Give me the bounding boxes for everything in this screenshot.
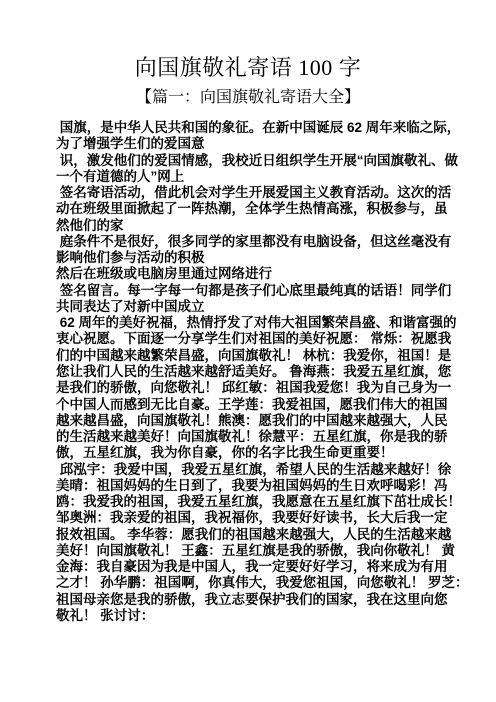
body-text-line: 签名寄语活动，借此机会对学生开展爱国主义教育活动。这次的活 xyxy=(56,185,468,201)
body-text-line: 越来越昌盛，向国旗敬礼！熊澳：愿我们的中国越来越强大，人民 xyxy=(56,413,468,429)
body-text-line: 动在班级里面掀起了一阵热潮，全体学生热情高涨，积极参与，虽 xyxy=(56,201,468,217)
body-text-line: 62 周年的美好祝福，热情抒发了对伟大祖国繁荣昌盛、和谐富强的 xyxy=(56,315,468,331)
body-text-line: 邱泓宇：我爱中国，我爱五星红旗，希望人民的生活越来越好！徐 xyxy=(56,462,468,478)
body-text-line: 国旗，是中华人民共和国的象征。在新中国诞辰 62 周年来临之际， xyxy=(56,120,468,136)
body-text-line: 敬礼！ 张讨讨： xyxy=(56,608,468,624)
body-text-line: 一个有道德的人”网上 xyxy=(56,169,468,185)
body-text-line: 庭条件不是很好，很多同学的家里都没有电脑设备，但这丝毫没有 xyxy=(56,234,468,250)
body-text-line: 签名留言。每一字每一句都是孩子们心底里最纯真的话语！同学们 xyxy=(56,283,468,299)
document-subtitle: 【篇一：向国旗敬礼寄语大全】 xyxy=(0,88,496,108)
body-text-line: 您让我们人民的生活越来越舒适美好。 鲁海燕：我爱五星红旗，您 xyxy=(56,364,468,380)
body-text-line: 金海：我自豪因为我是中国人，我一定要好好学习，将来成为有用 xyxy=(56,559,468,575)
body-text-line: 报效祖国。 李华蓉：愿我们的祖国越来越强大，人民的生活越来越 xyxy=(56,527,468,543)
body-text-line: 然后在班级或电脑房里通过网络进行 xyxy=(56,266,468,282)
body-text-line: 美好！向国旗敬礼！ 王鑫：五星红旗是我的骄傲，我向你敬礼！ 黄 xyxy=(56,543,468,559)
body-text-line: 鸥：我爱我的祖国，我爱五星红旗，我愿意在五星红旗下茁壮成长！ xyxy=(56,494,468,510)
body-text-line: 是我们的骄傲，向您敬礼！ 邱红敏：祖国我爱您！我为自己身为一 xyxy=(56,380,468,396)
body-text-line: 之才！ 孙华鹏：祖国啊，你真伟大，我爱您祖国，向您敬礼！ 罗芝： xyxy=(56,575,468,591)
body-text-line: 共同表达了对新中国成立 xyxy=(56,299,468,315)
document-body: 国旗，是中华人民共和国的象征。在新中国诞辰 62 周年来临之际，为了增强学生们的… xyxy=(0,120,496,624)
body-text-line: 个中国人而感到无比自豪。王学莲：我爱祖国，愿我们伟大的祖国 xyxy=(56,397,468,413)
body-text-line: 识，激发他们的爱国情感，我校近日组织学生开展“向国旗敬礼、做 xyxy=(56,153,468,169)
document-title: 向国旗敬礼寄语 100 字 xyxy=(0,0,496,82)
body-text-line: 美晴：祖国妈妈的生日到了，我要为祖国妈妈的生日欢呼喝彩！冯 xyxy=(56,478,468,494)
body-text-line: 为了增强学生们的爱国意 xyxy=(56,136,468,152)
body-text-line: 邹奥洲：我亲爱的祖国，我祝福你，我要好好读书，长大后我一定 xyxy=(56,510,468,526)
body-text-line: 影响他们参与活动的积极 xyxy=(56,250,468,266)
body-text-line: 祖国母亲您是我的骄傲，我立志要保护我们的国家，我在这里向您 xyxy=(56,592,468,608)
body-text-line: 傲，五星红旗，我为你自豪，你的名字比我生命更重要！ xyxy=(56,445,468,461)
body-text-line: 的生活越来越美好！向国旗敬礼！徐慧平：五星红旗，你是我的骄 xyxy=(56,429,468,445)
body-text-line: 们的中国越来越繁荣昌盛，向国旗敬礼！ 林杭：我爱你，祖国！是 xyxy=(56,348,468,364)
body-text-line: 衷心祝愿。下面逐一分享学生们对祖国的美好祝愿： 常烁：祝愿我 xyxy=(56,331,468,347)
document-page: 向国旗敬礼寄语 100 字 【篇一：向国旗敬礼寄语大全】 国旗，是中华人民共和国… xyxy=(0,0,496,702)
body-text-line: 然他们的家 xyxy=(56,218,468,234)
